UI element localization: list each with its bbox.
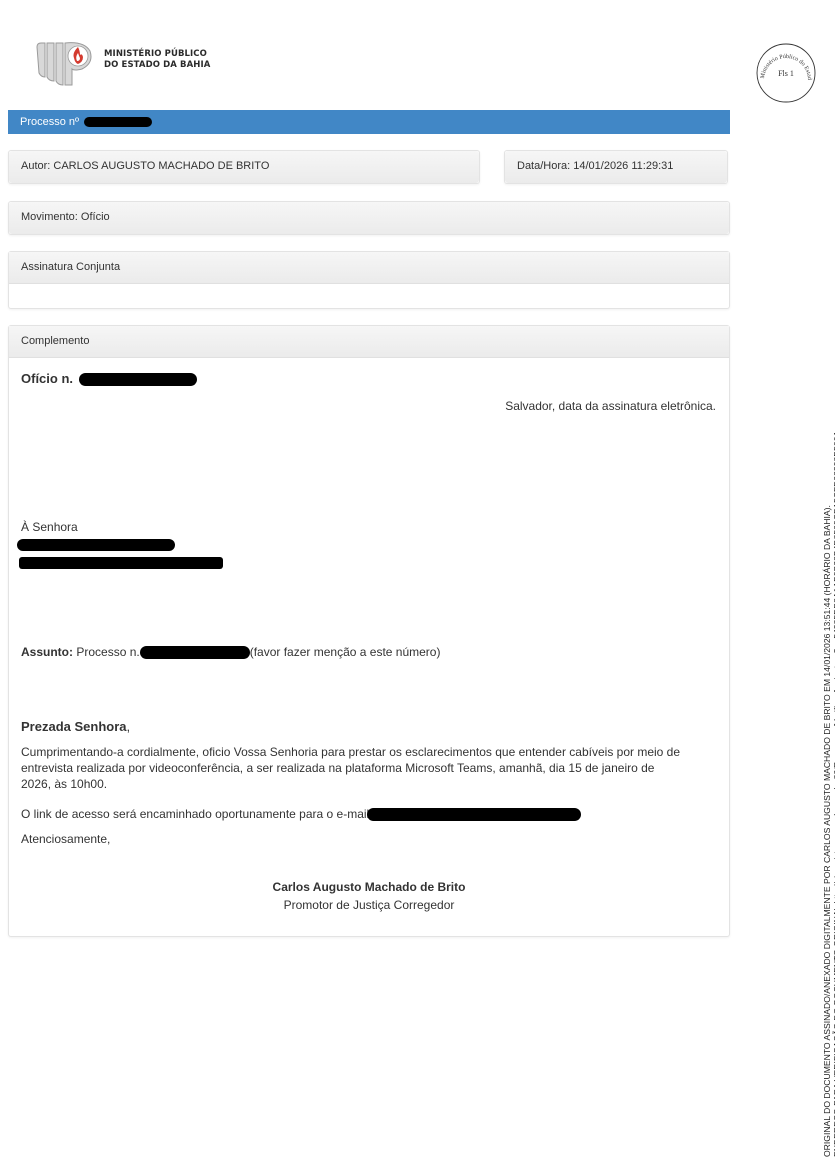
redacted-recipient-address — [19, 557, 223, 569]
body-paragraph: Cumprimentando-a cordialmente, oficio Vo… — [21, 744, 680, 792]
mpba-logo: MINISTÉRIO PÚBLICO DO ESTADO DA BAHIA — [34, 41, 234, 87]
joint-signature-heading: Assinatura Conjunta — [9, 252, 729, 284]
redacted-oficio-number — [79, 373, 197, 386]
redacted-recipient-name — [17, 539, 175, 551]
subject-text-after: (favor fazer menção a este número) — [250, 645, 441, 659]
complement-heading: Complemento — [9, 326, 729, 358]
signer-title: Promotor de Justiça Corregedor — [9, 898, 729, 912]
redacted-process-number — [84, 117, 152, 127]
org-name: MINISTÉRIO PÚBLICO DO ESTADO DA BAHIA — [104, 49, 210, 71]
stamp-seal-icon: Ministério Público do Estado da Bahia Fl… — [755, 42, 817, 104]
closing: Atenciosamente, — [21, 832, 110, 846]
mp-logo-icon — [34, 41, 102, 87]
subject-line: Assunto: Processo n.(favor fazer menção … — [21, 645, 440, 659]
subject-label: Assunto: — [21, 645, 73, 659]
process-label: Processo nº — [20, 116, 79, 128]
signature-note-line1: ORIGINAL DO DOCUMENTO ASSINADO/ANEXADO D… — [822, 431, 832, 1157]
org-name-line1: MINISTÉRIO PÚBLICO — [104, 49, 210, 60]
digital-signature-note: ORIGINAL DO DOCUMENTO ASSINADO/ANEXADO D… — [822, 431, 835, 1157]
salutation: Prezada Senhora, — [21, 719, 130, 734]
movement-field: Movimento: Ofício — [9, 202, 729, 234]
signer-name: Carlos Augusto Machado de Brito — [9, 880, 729, 894]
process-number-bar: Processo nº — [8, 110, 730, 134]
author-field: Autor: CARLOS AUGUSTO MACHADO DE BRITO — [9, 151, 479, 183]
body-line-1: Cumprimentando-a cordialmente, oficio Vo… — [21, 744, 680, 760]
datetime-panel: Data/Hora: 14/01/2026 11:29:31 — [504, 150, 728, 184]
datetime-field: Data/Hora: 14/01/2026 11:29:31 — [505, 151, 727, 183]
complement-panel: Complemento Ofício n. Salvador, data da … — [8, 325, 730, 937]
movement-panel: Movimento: Ofício — [8, 201, 730, 235]
salutation-comma: , — [127, 719, 131, 734]
link-text: O link de acesso será encaminhado oportu… — [21, 807, 369, 821]
oficio-label: Ofício n. — [21, 371, 73, 386]
author-panel: Autor: CARLOS AUGUSTO MACHADO DE BRITO — [8, 150, 480, 184]
oficio-number-line: Ofício n. — [21, 371, 197, 386]
redacted-email — [367, 808, 581, 821]
recipient-greeting: À Senhora — [21, 520, 78, 534]
joint-signature-panel: Assinatura Conjunta — [8, 251, 730, 309]
body-line-3: 2026, às 10h00. — [21, 776, 680, 792]
salutation-bold: Prezada Senhora — [21, 719, 127, 734]
subject-text-before: Processo n. — [76, 645, 139, 659]
stamp-label: Fls 1 — [778, 69, 794, 78]
org-name-line2: DO ESTADO DA BAHIA — [104, 60, 210, 71]
place-date: Salvador, data da assinatura eletrônica. — [505, 399, 716, 413]
redacted-subject-number — [140, 646, 250, 659]
body-line-2: entrevista realizada por videoconferênci… — [21, 760, 680, 776]
page-stamp: Ministério Público do Estado da Bahia Fl… — [755, 42, 817, 104]
link-line: O link de acesso será encaminhado oportu… — [21, 807, 581, 821]
